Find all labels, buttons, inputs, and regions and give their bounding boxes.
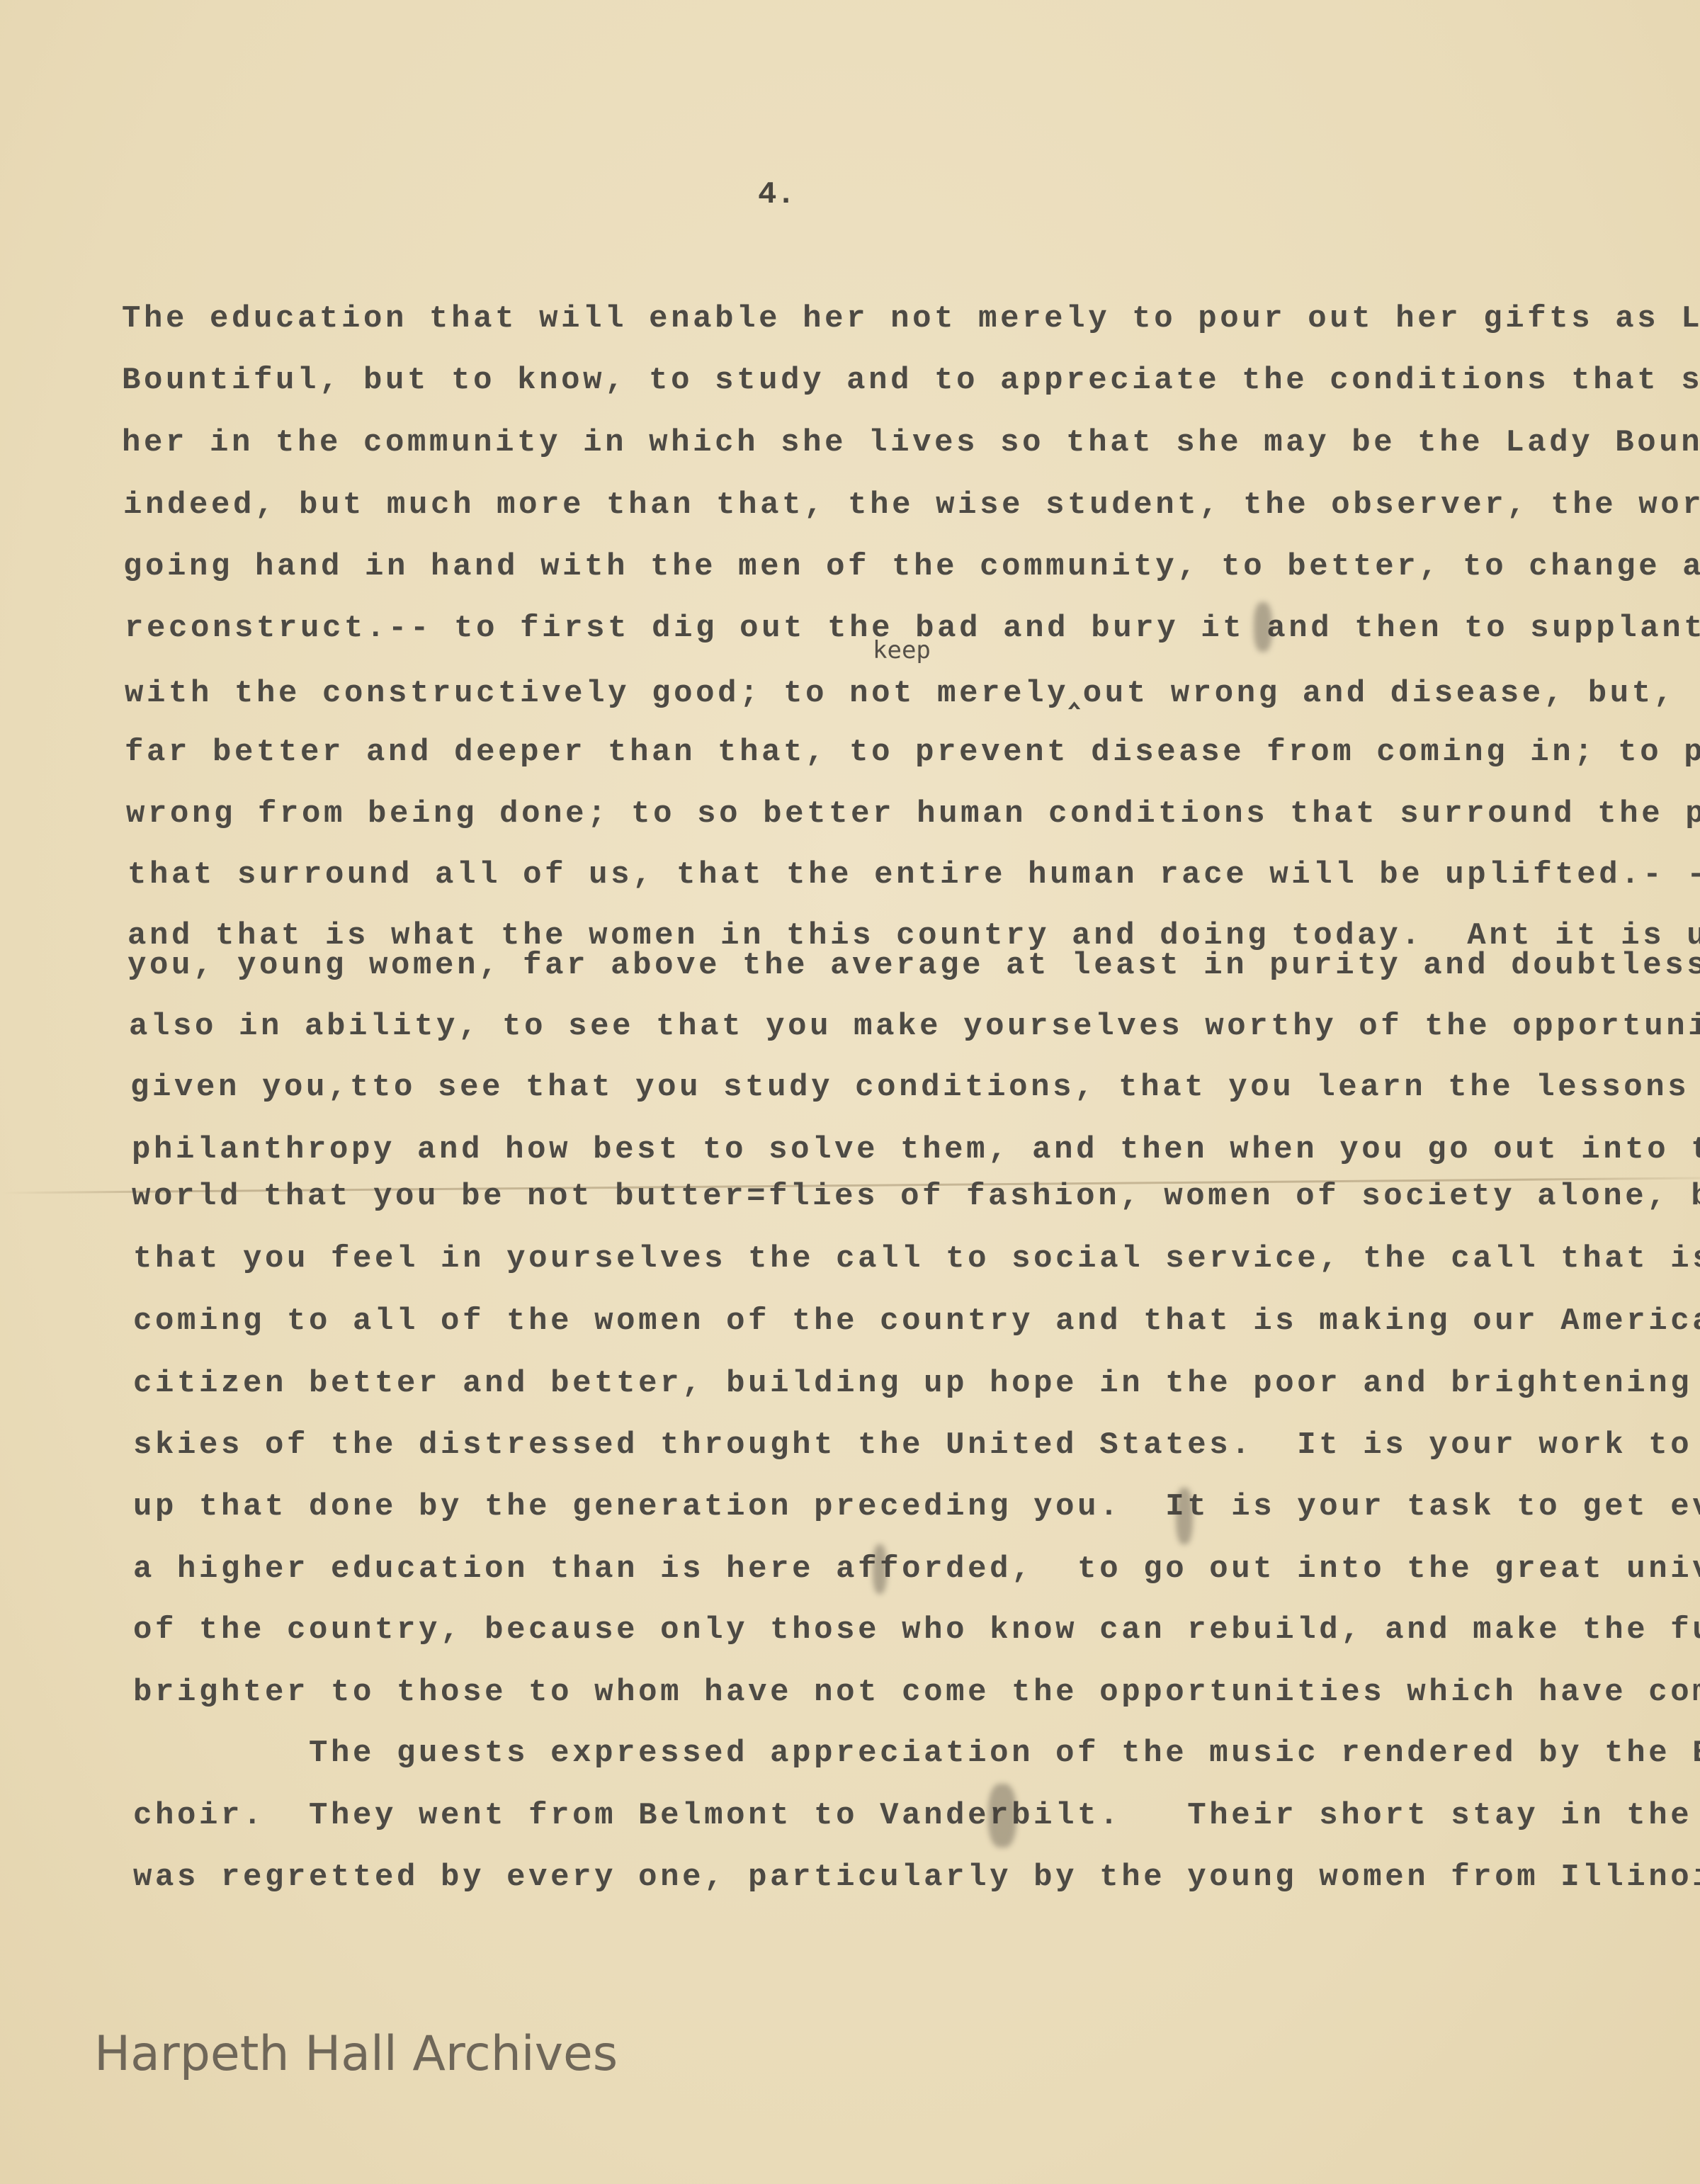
text-line-21: up that done by the generation preceding… <box>133 1489 1700 1524</box>
text-line-2: Bountiful, but to know, to study and to … <box>122 363 1700 398</box>
text-line-26: choir. They went from Belmont to Vanderb… <box>133 1798 1700 1833</box>
text-line-3: her in the community in which she lives … <box>122 425 1700 460</box>
text-line-17: that you feel in yourselves the call to … <box>133 1241 1700 1277</box>
text-line-1: The education that will enable her not m… <box>122 301 1700 336</box>
handwritten-insertion-keep: keep <box>873 636 931 664</box>
text-line-12: you, young women, far above the average … <box>127 948 1700 983</box>
text-line-7: with the constructively good; to not mer… <box>125 673 1676 711</box>
text-line-8: far better and deeper than that, to prev… <box>125 735 1700 770</box>
text-line-23: of the country, because only those who k… <box>133 1612 1700 1648</box>
archive-watermark: Harpeth Hall Archives <box>94 2026 618 2082</box>
text-line-20: skies of the distressed throught the Uni… <box>133 1427 1700 1463</box>
page-number: 4. <box>758 177 795 213</box>
text-line-10: that surround all of us, that the entire… <box>127 857 1700 893</box>
text-line-9: wrong from being done; to so better huma… <box>126 796 1700 832</box>
ink-smudge <box>1254 602 1272 652</box>
text-line-13: also in ability, to see that you make yo… <box>129 1009 1700 1044</box>
text-line-4: indeed, but much more than that, the wis… <box>123 487 1700 523</box>
text-line-15: philanthropy and how best to solve them,… <box>132 1132 1700 1167</box>
text-line-16: world that you be not butter=flies of fa… <box>132 1179 1700 1214</box>
text-line-19: citizen better and better, building up h… <box>133 1366 1700 1401</box>
ink-smudge <box>1176 1488 1193 1544</box>
text-line-27: was regretted by every one, particularly… <box>133 1860 1700 1895</box>
ink-smudge <box>873 1544 887 1594</box>
ink-smudge <box>988 1784 1016 1848</box>
text-line-25: The guests expressed appreciation of the… <box>133 1736 1700 1771</box>
text-line-22: a higher education than is here afforded… <box>133 1551 1700 1587</box>
text-line-14: given you,tto see that you study conditi… <box>130 1070 1700 1105</box>
text-line-5: going hand in hand with the men of the c… <box>123 549 1700 584</box>
text-line-18: coming to all of the women of the countr… <box>133 1303 1700 1339</box>
text-line-24: brighter to those to whom have not come … <box>133 1675 1700 1710</box>
